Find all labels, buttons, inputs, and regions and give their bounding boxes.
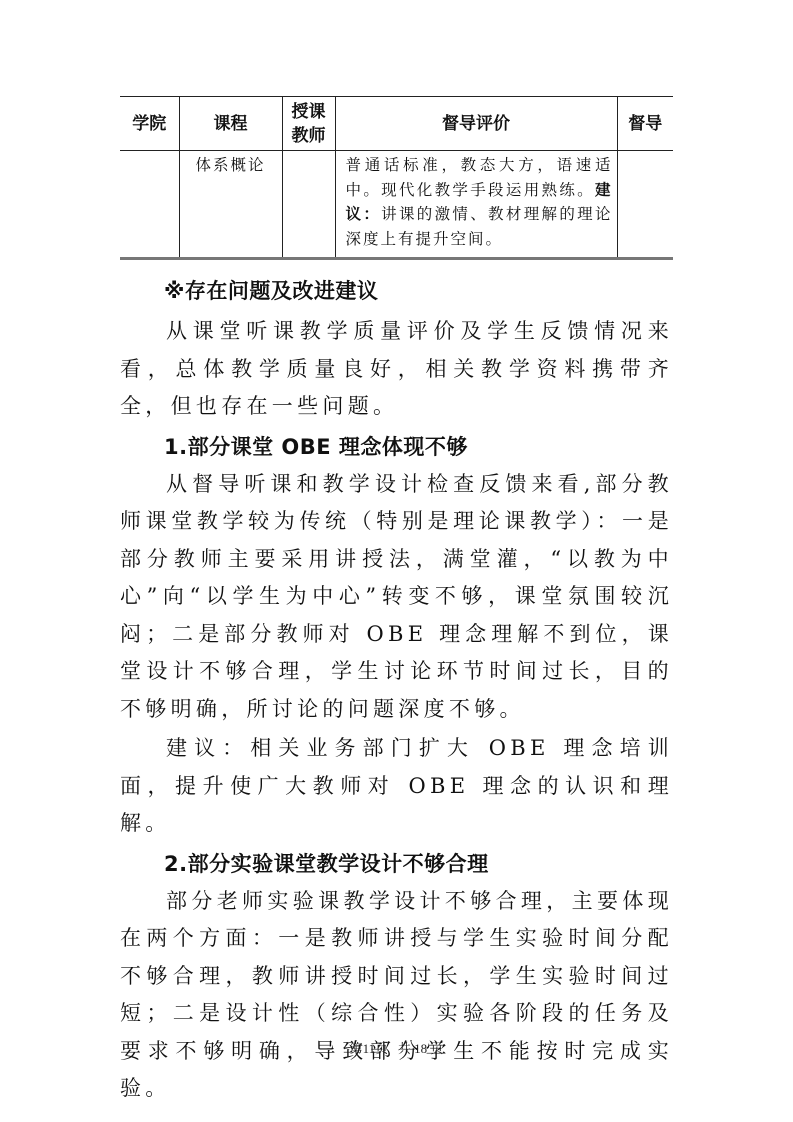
- document-page: 学院 课程 授课 教师 督导评价 督导 体系概论 普通话标准，教态大方，语速适中…: [0, 0, 793, 1122]
- page-number-footer: 第11页 共 18 页: [0, 1038, 793, 1057]
- cell-course: 体系概论: [179, 151, 282, 259]
- cell-college: [120, 151, 179, 259]
- table-row: 体系概论 普通话标准，教态大方，语速适中。现代化教学手段运用熟练。建议：讲课的激…: [120, 151, 673, 259]
- table-header-row: 学院 课程 授课 教师 督导评价 督导: [120, 97, 673, 151]
- suggestion-text: 讲课的激情、教材理解的理论深度上有提升空间。: [346, 205, 613, 248]
- header-supervisor: 督导: [617, 97, 673, 151]
- evaluation-text: 普通话标准，教态大方，语速适中。现代化教学手段运用熟练。: [346, 156, 613, 199]
- header-teacher-line1: 授课: [283, 100, 335, 124]
- header-course: 课程: [179, 97, 282, 151]
- supervision-evaluation-table: 学院 课程 授课 教师 督导评价 督导 体系概论 普通话标准，教态大方，语速适中…: [120, 96, 673, 260]
- report-body: ※存在问题及改进建议 从课堂听课教学质量评价及学生反馈情况来看，总体教学质量良好…: [120, 272, 673, 1110]
- header-teacher: 授课 教师: [282, 97, 335, 151]
- item1-suggestion: 建议：相关业务部门扩大 OBE 理念培训面，提升使广大教师对 OBE 理念的认识…: [120, 730, 673, 843]
- problems-heading: ※存在问题及改进建议: [120, 272, 673, 310]
- header-teacher-line2: 教师: [283, 124, 335, 148]
- header-college: 学院: [120, 97, 179, 151]
- intro-paragraph: 从课堂听课教学质量评价及学生反馈情况来看，总体教学质量良好，相关教学资料携带齐全…: [120, 313, 673, 426]
- header-evaluation: 督导评价: [335, 97, 617, 151]
- cell-evaluation: 普通话标准，教态大方，语速适中。现代化教学手段运用熟练。建议：讲课的激情、教材理…: [335, 151, 617, 259]
- item2-paragraph: 部分老师实验课教学设计不够合理，主要体现在两个方面：一是教师讲授与学生实验时间分…: [120, 883, 673, 1108]
- item2-heading: 2.部分实验课堂教学设计不够合理: [120, 845, 673, 883]
- item1-paragraph: 从督导听课和教学设计检查反馈来看,部分教师课堂教学较为传统（特别是理论课教学）：…: [120, 466, 673, 729]
- item1-heading: 1.部分课堂 OBE 理念体现不够: [120, 428, 673, 466]
- cell-teacher: [282, 151, 335, 259]
- cell-supervisor: [617, 151, 673, 259]
